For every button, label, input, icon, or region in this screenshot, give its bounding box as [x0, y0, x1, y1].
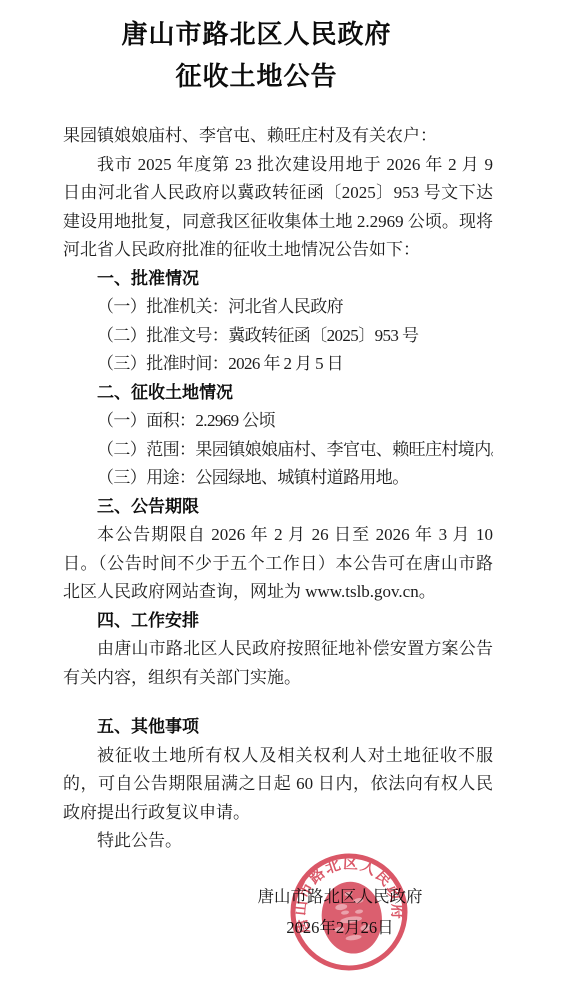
national-emblem-icon — [317, 878, 386, 958]
section-1-heading: 一、批准情况 — [63, 265, 493, 294]
closing-line: 特此公告。 — [63, 827, 493, 856]
section-other-matters: 五、其他事项 被征收土地所有权人及相关权利人对土地征收不服的，可自公告期限届满之… — [63, 713, 493, 856]
section-notice-period: 三、公告期限 本公告期限自 2026 年 2 月 26 日至 2026 年 3 … — [63, 493, 493, 607]
land-area-item: （一）面积：2.2969 公顷 — [63, 407, 493, 436]
intro-paragraph: 我市 2025 年度第 23 批次建设用地于 2026 年 2 月 9 日由河北… — [63, 151, 493, 265]
salutation: 果园镇娘娘庙村、李官屯、赖旺庄村及有关农户： — [63, 122, 493, 151]
other-matters-paragraph: 被征收土地所有权人及相关权利人对土地征收不服的，可自公告期限届满之日起 60 日… — [63, 742, 493, 828]
notice-period-paragraph: 本公告期限自 2026 年 2 月 26 日至 2026 年 3 月 10 日。… — [63, 521, 493, 607]
approval-authority-item: （一）批准机关：河北省人民政府 — [63, 293, 493, 322]
section-3-heading: 三、公告期限 — [63, 493, 493, 522]
section-2-heading: 二、征收土地情况 — [63, 379, 493, 408]
document-body: 果园镇娘娘庙村、李官屯、赖旺庄村及有关农户： 我市 2025 年度第 23 批次… — [63, 122, 493, 856]
land-scope-item: （二）范围：果园镇娘娘庙村、李官屯、赖旺庄村境内。 — [63, 436, 493, 465]
official-seal-stamp: 唐山市路北区人民政府 — [279, 842, 419, 982]
land-usage-item: （三）用途：公园绿地、城镇村道路用地。 — [63, 464, 493, 493]
section-land-info: 二、征收土地情况 （一）面积：2.2969 公顷 （二）范围：果园镇娘娘庙村、李… — [63, 379, 493, 493]
section-5-heading: 五、其他事项 — [63, 713, 493, 742]
section-work-arrangement: 四、工作安排 由唐山市路北区人民政府按照征地补偿安置方案公告有关内容，组织有关部… — [63, 607, 493, 693]
section-4-heading: 四、工作安排 — [63, 607, 493, 636]
section-approval-info: 一、批准情况 （一）批准机关：河北省人民政府 （二）批准文号：冀政转征函〔202… — [63, 265, 493, 379]
title-line-2: 征收土地公告 — [0, 55, 513, 97]
approval-number-item: （二）批准文号：冀政转征函〔2025〕953 号 — [63, 322, 493, 351]
approval-date-item: （三）批准时间：2026 年 2 月 5 日 — [63, 350, 493, 379]
work-arrangement-paragraph: 由唐山市路北区人民政府按照征地补偿安置方案公告有关内容，组织有关部门实施。 — [63, 635, 493, 692]
scanned-notice-page: 唐山市路北区人民政府 征收土地公告 果园镇娘娘庙村、李官屯、赖旺庄村及有关农户：… — [0, 0, 575, 1008]
document-title: 唐山市路北区人民政府 征收土地公告 — [0, 0, 575, 97]
title-line-1: 唐山市路北区人民政府 — [0, 13, 513, 55]
